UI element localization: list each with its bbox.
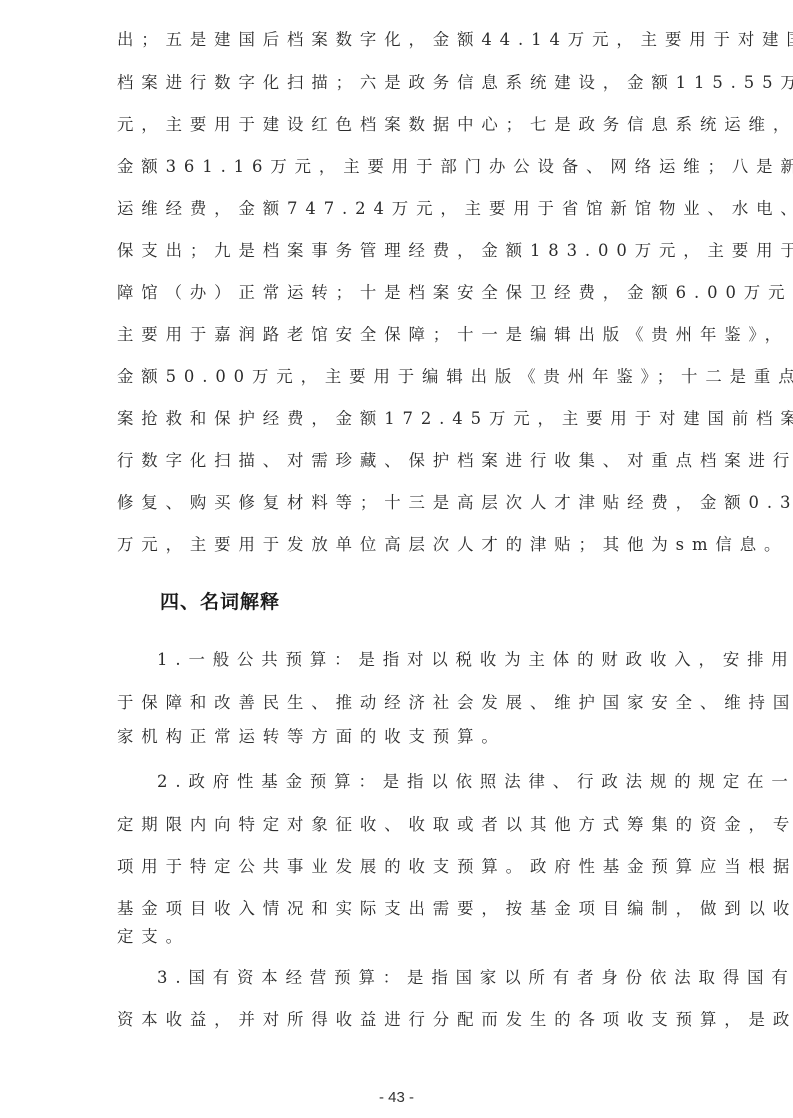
paragraph-line: 项用于特定公共事业发展的收支预算。政府性基金预算应当根据 [117, 853, 687, 881]
paragraph-line: 定期限内向特定对象征收、收取或者以其他方式筹集的资金，专 [117, 811, 687, 839]
paragraph-line: 修复、购买修复材料等；十三是高层次人才津贴经费，金额0.36 [117, 489, 687, 517]
section-heading: 四、名词解释 [160, 587, 280, 617]
paragraph-line: 2.政府性基金预算：是指以依照法律、行政法规的规定在一 [157, 768, 727, 796]
paragraph-line: 基金项目收入情况和实际支出需要，按基金项目编制，做到以收 [117, 895, 687, 923]
paragraph-line: 行数字化扫描、对需珍藏、保护档案进行收集、对重点档案进行 [117, 447, 687, 475]
paragraph-line: 保支出；九是档案事务管理经费，金额183.00万元，主要用于保 [117, 237, 687, 265]
paragraph-line: 出；五是建国后档案数字化，金额44.14万元，主要用于对建国后 [117, 26, 687, 54]
page-number: - 43 - [0, 1086, 793, 1110]
paragraph-line: 障馆（办）正常运转；十是档案安全保卫经费，金额6.00万元， [117, 279, 687, 307]
paragraph-line: 金额361.16万元，主要用于部门办公设备、网络运维；八是新馆 [117, 153, 687, 181]
paragraph-line: 家机构正常运转等方面的收支预算。 [117, 723, 687, 751]
paragraph-line: 1.一般公共预算：是指对以税收为主体的财政收入，安排用 [157, 646, 727, 674]
paragraph-line: 运维经费，金额747.24万元，主要用于省馆新馆物业、水电、安 [117, 195, 687, 223]
document-page: 出；五是建国后档案数字化，金额44.14万元，主要用于对建国后 档案进行数字化扫… [0, 0, 793, 1118]
paragraph-line: 主要用于嘉润路老馆安全保障；十一是编辑出版《贵州年鉴》， [117, 321, 687, 349]
paragraph-line: 元，主要用于建设红色档案数据中心；七是政务信息系统运维， [117, 111, 687, 139]
paragraph-line: 万元，主要用于发放单位高层次人才的津贴；其他为sm信息。 [117, 531, 687, 559]
paragraph-line: 3.国有资本经营预算：是指国家以所有者身份依法取得国有 [157, 964, 727, 992]
paragraph-line: 金额50.00万元，主要用于编辑出版《贵州年鉴》；十二是重点档 [117, 363, 687, 391]
paragraph-line: 档案进行数字化扫描；六是政务信息系统建设，金额115.55万 [117, 69, 687, 97]
paragraph-line: 定支。 [117, 923, 687, 951]
paragraph-line: 资本收益，并对所得收益进行分配而发生的各项收支预算，是政 [117, 1006, 687, 1034]
paragraph-line: 案抢救和保护经费，金额172.45万元，主要用于对建国前档案进 [117, 405, 687, 433]
paragraph-line: 于保障和改善民生、推动经济社会发展、维护国家安全、维持国 [117, 689, 687, 717]
